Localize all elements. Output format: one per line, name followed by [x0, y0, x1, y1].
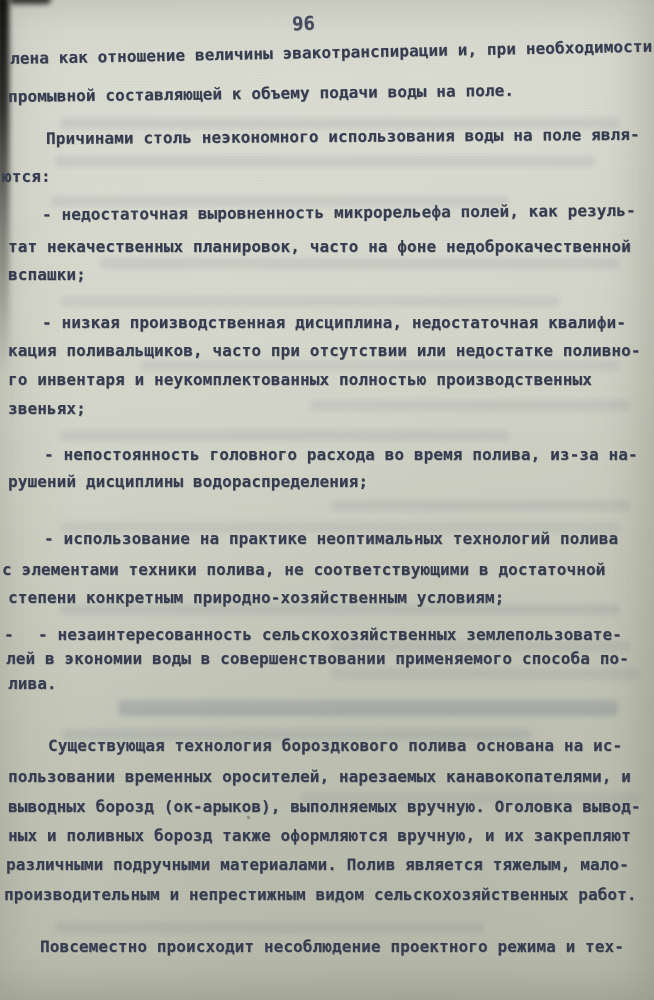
bleed-through-line	[310, 400, 630, 411]
scan-edge-mark	[9, 0, 51, 4]
bleed-through-line	[60, 296, 560, 307]
bleed-through-line	[55, 156, 595, 167]
ink-speck	[247, 816, 250, 819]
text-line: лена как отношение величины эвакотранспи…	[10, 37, 654, 68]
text-line: - непостоянность головного расхода во вр…	[44, 446, 638, 464]
text-line: с элементами техники полива, не соответс…	[2, 561, 605, 579]
bleed-through-heading	[118, 700, 618, 715]
text-line: кация поливальщиков, часто при отсутстви…	[8, 342, 641, 360]
text-line: вспашки;	[8, 266, 86, 284]
text-line: - низкая производственная дисциплина, не…	[42, 314, 626, 332]
text-line: лей в экономии воды в совершенствовании …	[6, 650, 629, 668]
text-line: степени конкретным природно-хозяйственны…	[8, 589, 504, 607]
scan-edge-shadow	[0, 0, 9, 374]
bleed-through-line	[330, 500, 630, 511]
text-line: го инвентаря и неукомплектованных полнос…	[8, 371, 592, 389]
text-line: - недостаточная выровненность микрорелье…	[42, 202, 636, 224]
text-line: промывной составляющей к объему подачи в…	[8, 82, 514, 106]
stray-dash-mark: -	[4, 626, 14, 644]
bleed-through-line	[330, 668, 640, 679]
text-line: выводных борозд (ок-арыков), выполняемых…	[8, 798, 641, 816]
paper-texture	[0, 0, 654, 1000]
page-number: 96	[292, 13, 316, 36]
text-line: ются:	[2, 168, 51, 186]
text-line: производительным и непрестижным видом се…	[4, 886, 637, 904]
text-line: лива.	[8, 675, 57, 693]
bleed-through-line	[100, 258, 620, 269]
text-line: рушений дисциплины водораспределения;	[8, 473, 368, 491]
bleed-through-line	[60, 430, 510, 441]
text-line: различными подручными материалами. Полив…	[6, 856, 629, 874]
text-line: - незаинтересованность сельскохозяйствен…	[38, 626, 622, 644]
text-line: ных и поливных борозд также оформляются …	[8, 827, 631, 845]
text-line: Существующая технология бороздкового пол…	[48, 737, 622, 755]
text-line: - использование на практике неоптимальны…	[44, 530, 618, 548]
scanned-document-page: 96 лена как отношение величины эвакотран…	[0, 0, 654, 1000]
text-line: пользовании временных оросителей, нареза…	[8, 768, 631, 786]
bleed-through-line	[55, 922, 485, 933]
text-line: Причинами столь неэкономного использован…	[46, 126, 640, 148]
text-line: звеньях;	[8, 400, 86, 418]
text-line: Повсеместно происходит несоблюдение прое…	[40, 938, 624, 956]
text-line: тат некачественных планировок, часто на …	[8, 238, 631, 256]
